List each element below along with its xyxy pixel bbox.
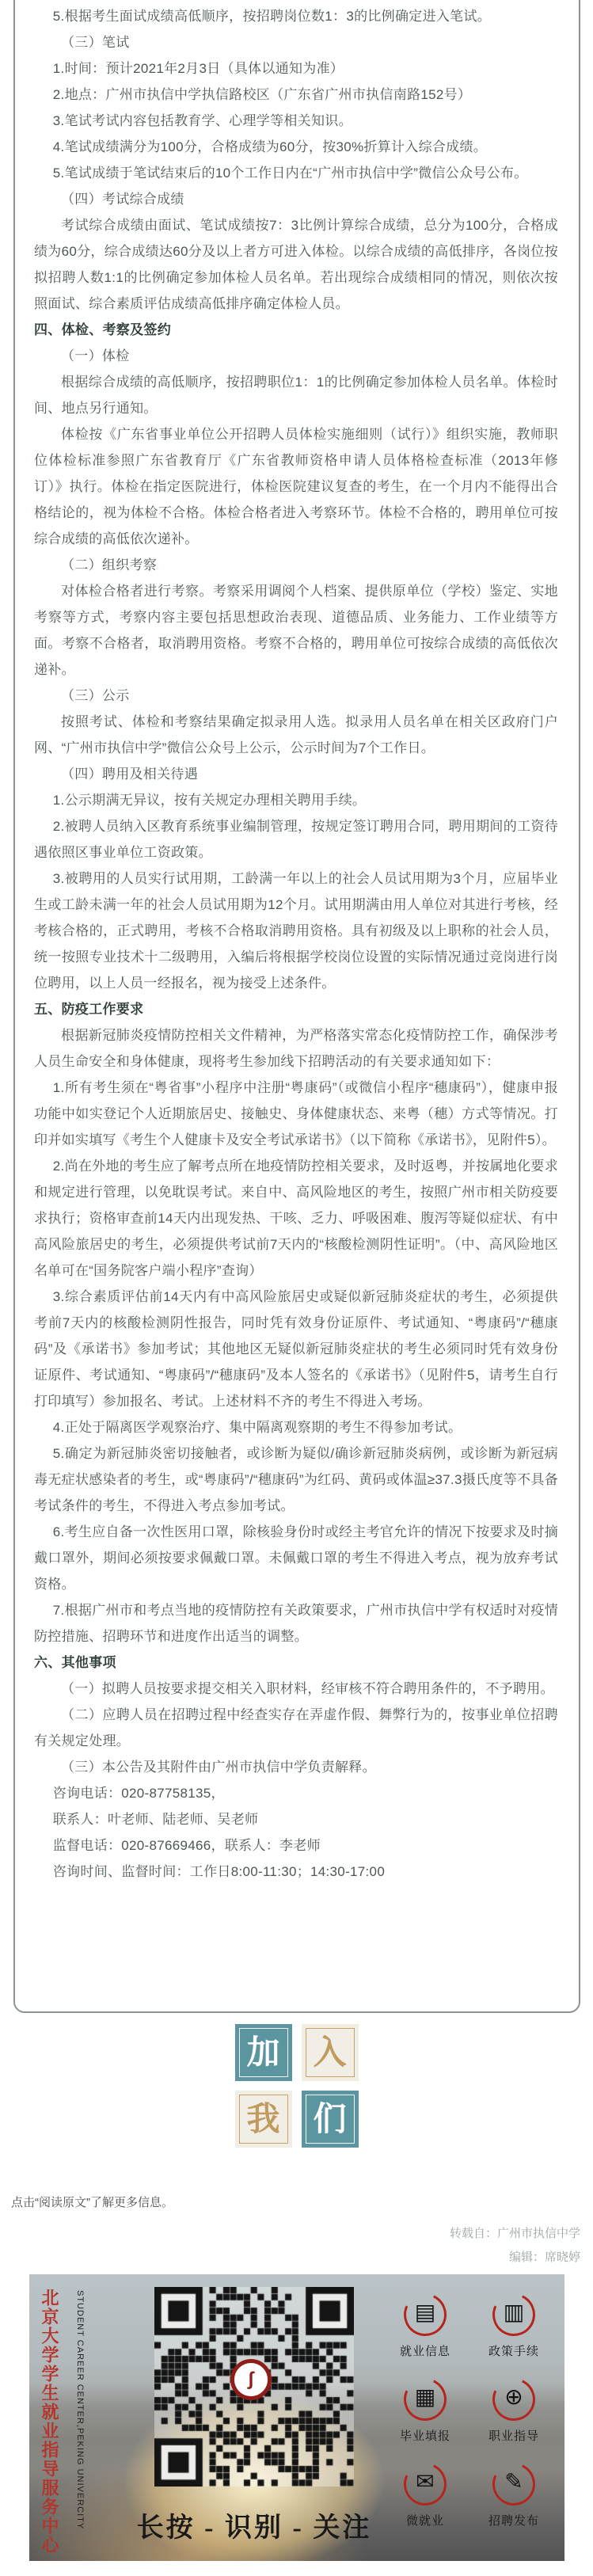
join-tile: 们 bbox=[302, 2091, 359, 2148]
join-tile: 我 bbox=[235, 2091, 292, 2148]
paragraph: 1.时间：预计2021年2月3日（具体以通知为准） bbox=[34, 55, 558, 82]
announcement-box: 5.根据考生面试成绩高低顺序，按招聘岗位数1：3的比例确定进入笔试。（三）笔试1… bbox=[13, 0, 580, 2013]
banner-icon: ⊕ bbox=[504, 2386, 523, 2408]
banner-icon-label: 职业指导 bbox=[488, 2427, 539, 2444]
paragraph: （四）聘用及相关待遇 bbox=[34, 761, 558, 787]
banner-icon-cell: ⊕ 职业指导 bbox=[488, 2378, 539, 2444]
paragraph: 3.综合素质评估前14天内有中高风险旅居史或疑似新冠肺炎症状的考生，必须提供考前… bbox=[34, 1284, 558, 1414]
paragraph: 咨询时间、监督时间：工作日8:00-11:30；14:30-17:00 bbox=[34, 1859, 558, 1885]
paragraph: （三）公示 bbox=[34, 683, 558, 709]
qr-code: ʃ bbox=[154, 2287, 354, 2487]
paragraph: 考试综合成绩由面试、笔试成绩按7：3比例计算综合成绩，总分为100分，合格成绩为… bbox=[34, 212, 558, 317]
wechat-article-page: 5.根据考生面试成绩高低顺序，按招聘岗位数1：3的比例确定进入笔试。（三）笔试1… bbox=[0, 0, 593, 2576]
paragraph: （三）本公告及其附件由广州市执信中学负责解释。 bbox=[34, 1754, 558, 1780]
paragraph: 3.被聘用的人员实行试用期，工龄满一年以上的社会人员试用期为3个月，应届毕业生或… bbox=[34, 866, 558, 996]
paragraph: 联系人：叶老师、陆老师、吴老师 bbox=[34, 1806, 558, 1832]
paragraph: （二）应聘人员在招聘过程中经查实存在弄虚作假、舞弊行为的，按事业单位招聘有关规定… bbox=[34, 1702, 558, 1754]
announcement-body: 5.根据考生面试成绩高低顺序，按招聘岗位数1：3的比例确定进入笔试。（三）笔试1… bbox=[34, 3, 558, 1885]
paragraph: 4.笔试成绩满分为100分，合格成绩为60分，按30%折算计入综合成绩。 bbox=[34, 134, 558, 160]
paragraph: 2.地点：广州市执信中学执信路校区（广东省广州市执信南路152号） bbox=[34, 82, 558, 108]
red-arc-ring: ⊕ bbox=[492, 2378, 535, 2421]
paragraph: 对体检合格者进行考察。考察采用调阅个人档案、提供原单位（学校）鉴定、实地考察等方… bbox=[34, 578, 558, 683]
credit-editor: 编辑：席晓婷 bbox=[450, 2246, 580, 2270]
paragraph: 5.确定为新冠肺炎密切接触者，或诊断为疑似/确诊新冠肺炎病例，或诊断为新冠病毒无… bbox=[34, 1440, 558, 1519]
promo-banner: 北京大学学生就业指导服务中心 STUDENT CAREER CENTER,PEK… bbox=[29, 2274, 564, 2561]
red-arc-ring: ▦ bbox=[404, 2378, 447, 2421]
banner-icon-label: 政策手续 bbox=[488, 2342, 539, 2359]
paragraph: 五、防疫工作要求 bbox=[34, 996, 558, 1022]
paragraph: 六、其他事项 bbox=[34, 1649, 558, 1676]
banner-icon-label: 微就业 bbox=[406, 2512, 444, 2528]
paragraph: （二）组织考察 bbox=[34, 552, 558, 578]
paragraph: 咨询电话：020-87758135， bbox=[34, 1780, 558, 1806]
paragraph: （四）考试综合成绩 bbox=[34, 186, 558, 212]
paragraph: 6.考生应自备一次性医用口罩，除核验身份时或经主考官允许的情况下按要求及时摘戴口… bbox=[34, 1519, 558, 1597]
paragraph: （三）笔试 bbox=[34, 29, 558, 55]
paragraph: 四、体检、考察及签约 bbox=[34, 317, 558, 343]
red-arc-ring: ✉ bbox=[404, 2463, 447, 2506]
banner-icon-cell: ▤ 就业信息 bbox=[400, 2293, 450, 2359]
banner-vertical-title: 北京大学学生就业指导服务中心 bbox=[40, 2289, 58, 2555]
paragraph: 1.公示期满无异议，按有关规定办理相关聘用手续。 bbox=[34, 787, 558, 813]
paragraph: 体检按《广东省事业单位公开招聘人员体检实施细则（试行）》组织实施，教师职位体检标… bbox=[34, 421, 558, 552]
banner-icon-label: 毕业填报 bbox=[400, 2427, 450, 2444]
paragraph: 根据综合成绩的高低顺序，按招聘职位1：1的比例确定参加体检人员名单。体检时间、地… bbox=[34, 369, 558, 421]
banner-icon-grid: ▤ 就业信息 ▥ 政策手续 ▦ 毕业填报 ⊕ 职业指导 bbox=[382, 2293, 557, 2528]
banner-icon: ✉ bbox=[416, 2471, 434, 2493]
banner-slogan: 长按 - 识别 - 关注 bbox=[104, 2506, 405, 2544]
banner-icon: ▦ bbox=[415, 2386, 435, 2408]
paragraph: 5.笔试成绩于笔试结束后的10个工作日内在“广州市执信中学”微信公众号公布。 bbox=[34, 160, 558, 186]
banner-icon: ✎ bbox=[504, 2471, 523, 2493]
banner-icon-label: 就业信息 bbox=[400, 2342, 450, 2359]
banner-icon-cell: ▦ 毕业填报 bbox=[400, 2378, 450, 2444]
red-arc-ring: ✎ bbox=[492, 2463, 535, 2506]
banner-icon-cell: ▥ 政策手续 bbox=[488, 2293, 539, 2359]
red-arc-ring: ▤ bbox=[404, 2293, 447, 2336]
join-us-tiles: 加入我们 bbox=[0, 2024, 593, 2148]
join-us-grid: 加入我们 bbox=[235, 2024, 359, 2148]
paragraph: 按照考试、体检和考察结果确定拟录用人选。拟录用人员名单在相关区政府门户网、“广州… bbox=[34, 709, 558, 761]
join-tile: 入 bbox=[302, 2024, 359, 2081]
banner-vertical-subtitle: STUDENT CAREER CENTER,PEKING UNIVERCITY bbox=[75, 2290, 84, 2529]
paragraph: 7.根据广州市和考点当地的疫情防控有关政策要求，广州市执信中学有权适时对疫情防控… bbox=[34, 1597, 558, 1649]
read-more-note: 点击“阅读原文”了解更多信息。 bbox=[11, 2194, 173, 2210]
banner-icon: ▤ bbox=[415, 2301, 435, 2323]
paragraph: 根据新冠肺炎疫情防控相关文件精神，为严格落实常态化疫情防控工作，确保涉考人员生命… bbox=[34, 1022, 558, 1075]
red-arc-ring: ▥ bbox=[492, 2293, 535, 2336]
paragraph: 1.所有考生须在“粤省事”小程序中注册“粤康码”（或微信小程序“穗康码”），健康… bbox=[34, 1075, 558, 1153]
paragraph: 2.尚在外地的考生应了解考点所在地疫情防控相关要求，及时返粤，并按属地化要求和规… bbox=[34, 1153, 558, 1284]
banner-icon: ▥ bbox=[504, 2301, 524, 2323]
join-tile: 加 bbox=[235, 2024, 292, 2081]
paragraph: 监督电话：020-87669466，联系人：李老师 bbox=[34, 1832, 558, 1859]
banner-icon-cell: ✉ 微就业 bbox=[404, 2463, 447, 2528]
paragraph: （一）体检 bbox=[34, 343, 558, 369]
credits: 转载自：广州市执信中学 编辑：席晓婷 bbox=[450, 2222, 580, 2270]
paragraph: 2.被聘人员纳入区教育系统事业编制管理，按规定签订聘用合同，聘用期间的工资待遇依… bbox=[34, 813, 558, 866]
school-emblem-icon: ʃ bbox=[230, 2359, 272, 2400]
paragraph: （一）拟聘人员按要求提交相关入职材料，经审核不符合聘用条件的，不予聘用。 bbox=[34, 1676, 558, 1702]
banner-icon-cell: ✎ 招聘发布 bbox=[488, 2463, 539, 2528]
credit-source: 转载自：广州市执信中学 bbox=[450, 2222, 580, 2246]
banner-icon-label: 招聘发布 bbox=[488, 2512, 539, 2528]
paragraph: 4.正处于隔离医学观察治疗、集中隔离观察期的考生不得参加考试。 bbox=[34, 1414, 558, 1440]
paragraph: 3.笔试考试内容包括教育学、心理学等相关知识。 bbox=[34, 108, 558, 134]
paragraph: 5.根据考生面试成绩高低顺序，按招聘岗位数1：3的比例确定进入笔试。 bbox=[34, 3, 558, 29]
